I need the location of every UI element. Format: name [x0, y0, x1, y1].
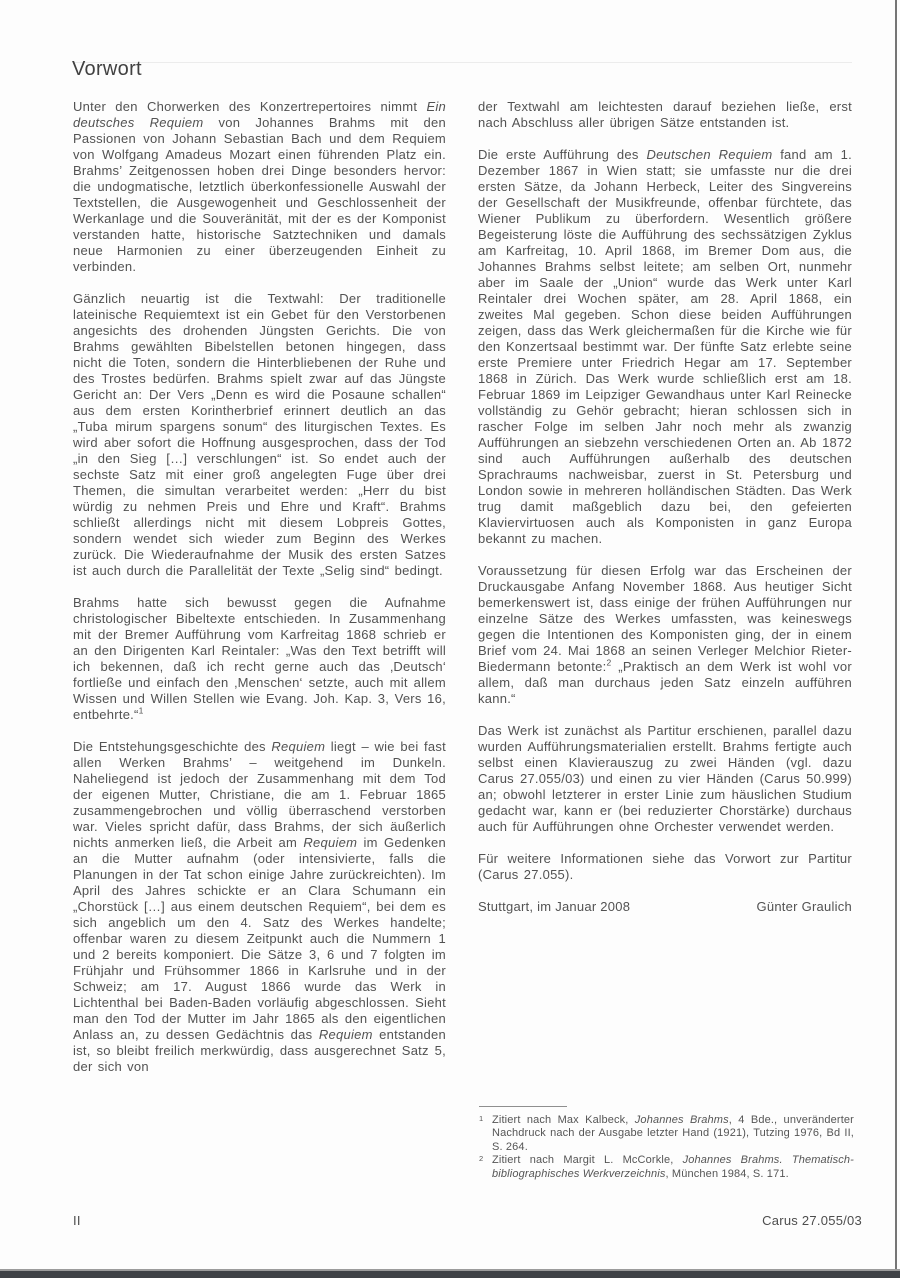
- text-run: von Johannes Brahms mit den Passionen vo…: [73, 115, 446, 274]
- text-run: Voraussetzung für diesen Erfolg war das …: [478, 563, 852, 674]
- text-run: Johannes Brahms: [635, 1114, 729, 1126]
- dateline-author: Günter Graulich: [756, 899, 852, 915]
- paragraph: Unter den Chorwerken des Konzertrepertoi…: [73, 99, 446, 275]
- text-run: Brahms hatte sich bewusst gegen die Aufn…: [73, 595, 446, 722]
- text-run: fand am 1. Dezember 1867 in Wien statt; …: [478, 147, 852, 546]
- page-footer: II Carus 27.055/03: [73, 1213, 862, 1228]
- text-run: Für weitere Informationen siehe das Vorw…: [478, 851, 852, 882]
- page-title: Vorwort: [72, 58, 142, 81]
- text-run: Gänzlich neuartig ist die Textwahl: Der …: [73, 291, 446, 578]
- paragraph: Die Entstehungsgeschichte des Requiem li…: [73, 739, 446, 1075]
- text-run: im Gedenken an die Mutter aufnahm (oder …: [73, 835, 446, 1042]
- dateline: Stuttgart, im Januar 2008 Günter Graulic…: [478, 899, 852, 915]
- right-column: der Textwahl am leichtesten darauf bezie…: [478, 99, 852, 915]
- text-run: Zitiert nach Max Kalbeck,: [492, 1114, 635, 1126]
- text-run: Die Entstehungsgeschichte des: [73, 739, 271, 754]
- paragraph: Die erste Aufführung des Deutschen Requi…: [478, 147, 852, 547]
- text-run: , München 1984, S. 171.: [666, 1168, 789, 1180]
- footnote-reference: 1: [139, 706, 144, 716]
- text-run: liegt – wie bei fast allen Werken Brahms…: [73, 739, 446, 850]
- left-column: Unter den Chorwerken des Konzertrepertoi…: [73, 99, 446, 1091]
- footnote: 1Zitiert nach Max Kalbeck, Johannes Brah…: [478, 1114, 854, 1154]
- paragraph: Voraussetzung für diesen Erfolg war das …: [478, 563, 852, 707]
- footnote-marker: 2: [479, 1155, 483, 1163]
- text-run: Die erste Aufführung des: [478, 147, 646, 162]
- text-run: Unter den Chorwerken des Konzertrepertoi…: [73, 99, 426, 114]
- paragraph: Für weitere Informationen siehe das Vorw…: [478, 851, 852, 883]
- paragraph: der Textwahl am leichtesten darauf bezie…: [478, 99, 852, 131]
- page-number: II: [73, 1213, 81, 1228]
- edition-number: Carus 27.055/03: [762, 1213, 862, 1228]
- scan-rule-above-title: [73, 62, 852, 63]
- text-run: Requiem: [303, 835, 357, 850]
- dateline-place-date: Stuttgart, im Januar 2008: [478, 899, 630, 915]
- document-page: Vorwort Unter den Chorwerken des Konzert…: [0, 0, 900, 1278]
- text-run: Zitiert nach Margit L. McCorkle,: [492, 1154, 683, 1166]
- footnote-list: 1Zitiert nach Max Kalbeck, Johannes Brah…: [478, 1114, 854, 1181]
- text-run: der Textwahl am leichtesten darauf bezie…: [478, 99, 852, 130]
- paragraph: Brahms hatte sich bewusst gegen die Aufn…: [73, 595, 446, 723]
- right-column-paragraphs: der Textwahl am leichtesten darauf bezie…: [478, 99, 852, 883]
- text-run: Requiem: [271, 739, 325, 754]
- footnotes-block: 1Zitiert nach Max Kalbeck, Johannes Brah…: [478, 1106, 854, 1181]
- footnote-marker: 1: [479, 1115, 483, 1123]
- text-run: Das Werk ist zunächst als Partitur ersch…: [478, 723, 852, 834]
- paragraph: Gänzlich neuartig ist die Textwahl: Der …: [73, 291, 446, 579]
- footnote: 2Zitiert nach Margit L. McCorkle, Johann…: [478, 1154, 854, 1181]
- paragraph: Das Werk ist zunächst als Partitur ersch…: [478, 723, 852, 835]
- scan-edge-right: [895, 0, 897, 1278]
- text-run: Deutschen Requiem: [646, 147, 772, 162]
- footnote-separator-rule: [479, 1106, 567, 1107]
- scan-edge-bottom: [0, 1269, 900, 1278]
- text-run: Requiem: [319, 1027, 373, 1042]
